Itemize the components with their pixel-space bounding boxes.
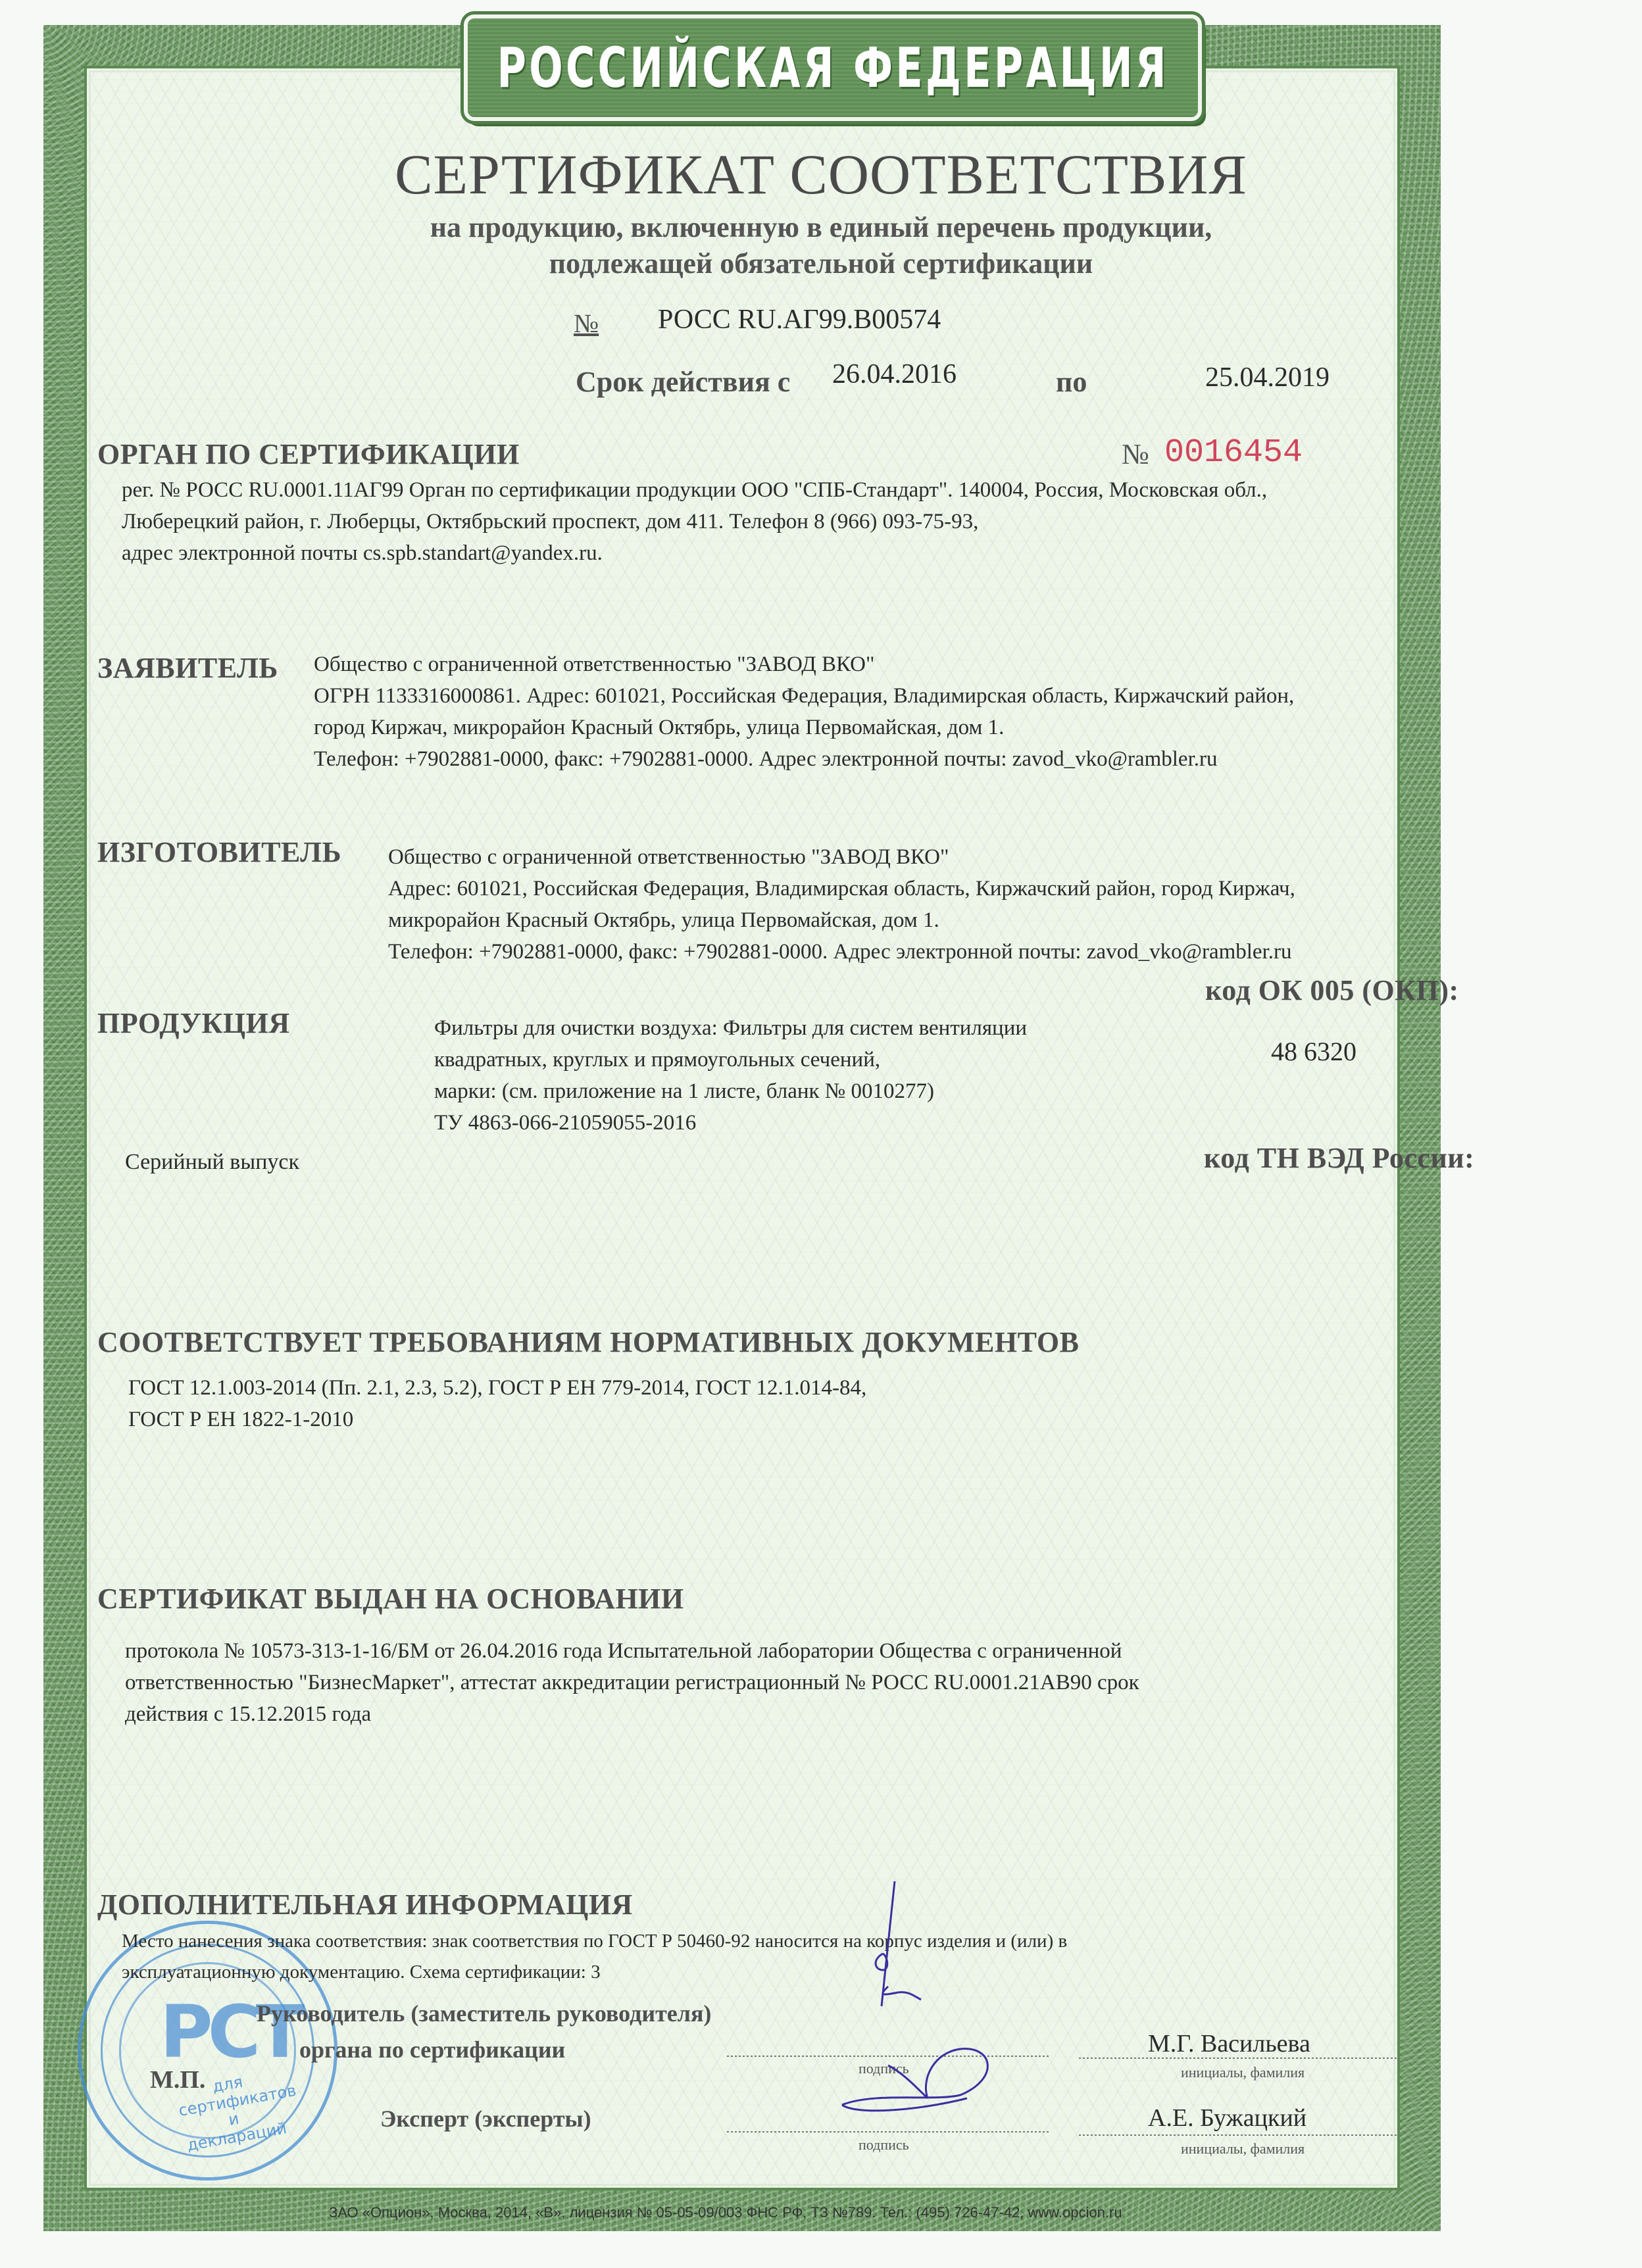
manufacturer-line: микрорайон Красный Октябрь, улица Первом…: [388, 904, 939, 937]
certification-body-line: Люберецкий район, г. Люберцы, Октябрьски…: [122, 505, 978, 538]
product-heading: ПРОДУКЦИЯ: [97, 1006, 290, 1040]
manufacturer-line: Общество с ограниченной ответственностью…: [388, 841, 949, 874]
okp-code-label: код ОК 005 (ОКП):: [1205, 974, 1459, 1007]
expert-signature-icon: [835, 2039, 1007, 2144]
product-line: ТУ 4863-066-21059055-2016: [434, 1106, 696, 1139]
number-sign: №: [574, 308, 599, 339]
certification-body-line: адрес электронной почты cs.spb.standart@…: [122, 537, 603, 570]
product-line: Фильтры для очистки воздуха: Фильтры для…: [434, 1012, 1027, 1045]
validity-to-label: по: [1056, 365, 1087, 399]
compliance-line: ГОСТ 12.1.003-2014 (Пп. 2.1, 2.3, 5.2), …: [128, 1371, 866, 1404]
okp-code: 48 6320: [1271, 1036, 1356, 1067]
expert-name: А.Е. Бужацкий: [1148, 2104, 1306, 2132]
tnved-code-label: код ТН ВЭД России:: [1204, 1141, 1474, 1175]
basis-line: ответственностью "БизнесМаркет", аттеста…: [125, 1666, 1139, 1699]
valid-from-date: 26.04.2016: [832, 358, 957, 390]
product-line: квадратных, круглых и прямоугольных сече…: [434, 1043, 880, 1076]
applicant-line: город Киржач, микрорайон Красный Октябрь…: [314, 711, 1004, 744]
expert-name-caption: инициалы, фамилия: [1181, 2140, 1305, 2157]
blank-number-sign: №: [1122, 437, 1149, 471]
applicant-line: ОГРН 1133316000861. Адрес: 601021, Росси…: [314, 679, 1294, 712]
subtitle-line-1: на продукцию, включенную в единый перече…: [0, 210, 1642, 244]
certification-body-stamp: РСТ для сертификатов и деклараций: [78, 1921, 337, 2181]
validity-label: Срок действия с: [576, 365, 790, 399]
printer-imprint: ЗАО «Опцион», Москва, 2014, «В», лицензи…: [329, 2204, 1122, 2221]
basis-heading: СЕРТИФИКАТ ВЫДАН НА ОСНОВАНИИ: [97, 1582, 684, 1615]
applicant-heading: ЗАЯВИТЕЛЬ: [97, 651, 278, 685]
valid-to-date: 25.04.2019: [1205, 362, 1330, 393]
head-name: М.Г. Васильева: [1148, 2029, 1310, 2058]
compliance-heading: СООТВЕТСТВУЕТ ТРЕБОВАНИЯМ НОРМАТИВНЫХ ДО…: [97, 1325, 1080, 1359]
additional-info-line: эксплуатационную документацию. Схема сер…: [122, 1961, 601, 1983]
head-signature-icon: [842, 1881, 974, 2013]
banner-text: РОССИЙСКАЯ ФЕДЕРАЦИЯ: [497, 36, 1168, 100]
manufacturer-line: Телефон: +7902881-0000, факс: +7902881-0…: [388, 935, 1291, 968]
head-label-line-1: Руководитель (заместитель руководителя): [257, 2000, 711, 2027]
compliance-line: ГОСТ Р ЕН 1822-1-2010: [128, 1403, 353, 1436]
applicant-line: Общество с ограниченной ответственностью…: [314, 648, 874, 681]
manufacturer-line: Адрес: 601021, Российская Федерация, Вла…: [388, 872, 1295, 905]
applicant-line: Телефон: +7902881-0000, факс: +7902881-0…: [314, 743, 1217, 776]
certificate-number: РОСС RU.АГ99.В00574: [658, 304, 941, 335]
document-title: СЕРТИФИКАТ СООТВЕТСТВИЯ: [0, 141, 1642, 207]
manufacturer-heading: ИЗГОТОВИТЕЛЬ: [97, 835, 341, 869]
basis-line: протокола № 10573-313-1-16/БМ от 26.04.2…: [125, 1635, 1122, 1667]
country-banner: РОССИЙСКАЯ ФЕДЕРАЦИЯ: [464, 14, 1202, 121]
expert-label: Эксперт (эксперты): [380, 2105, 591, 2132]
certification-body-heading: ОРГАН ПО СЕРТИФИКАЦИИ: [97, 437, 520, 471]
seal-label: М.П.: [150, 2065, 205, 2094]
blank-number: 0016454: [1164, 434, 1303, 472]
basis-line: действия с 15.12.2015 года: [125, 1698, 371, 1731]
subtitle-line-2: подлежащей обязательной сертификации: [0, 247, 1642, 280]
head-name-caption: инициалы, фамилия: [1181, 2064, 1305, 2081]
expert-name-line: [1079, 2134, 1401, 2136]
additional-info-heading: ДОПОЛНИТЕЛЬНАЯ ИНФОРМАЦИЯ: [97, 1888, 633, 1921]
head-label-line-2: органа по сертификации: [299, 2036, 565, 2063]
release-type: Серийный выпуск: [125, 1150, 299, 1175]
product-line: марки: (см. приложение на 1 листе, бланк…: [434, 1075, 934, 1108]
certification-body-line: рег. № РОСС RU.0001.11АГ99 Орган по серт…: [122, 474, 1267, 506]
head-name-line: [1079, 2058, 1401, 2059]
